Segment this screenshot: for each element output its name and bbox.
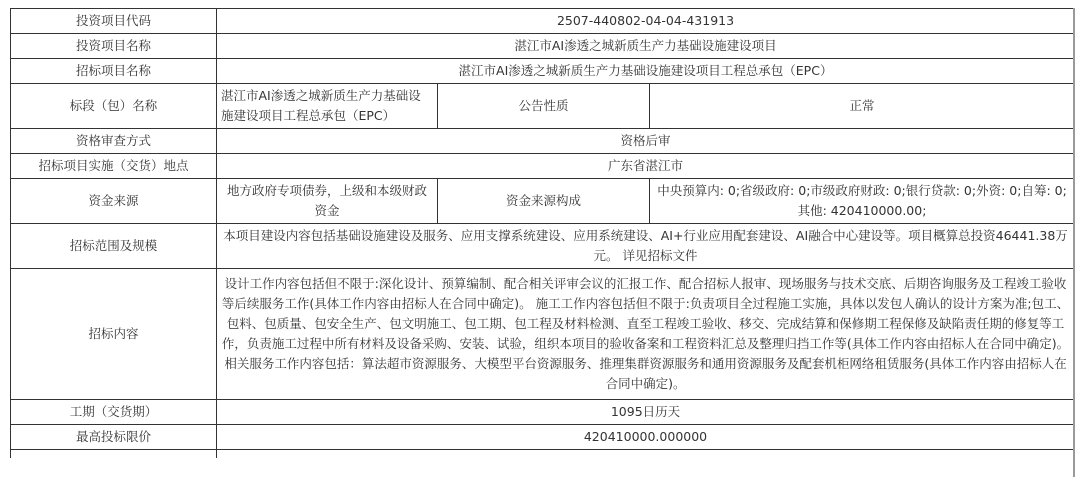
- row-cutoff: [11, 450, 1075, 458]
- label-funding-composition: 资金来源构成: [438, 179, 650, 224]
- value-qualification-review: 资格后审: [217, 129, 1075, 154]
- value-scope: 本项目建设内容包括基础设施建设及服务、应用支撑系统建设、应用系统建设、AI+行业…: [217, 224, 1075, 269]
- row-content: 招标内容 设计工作内容包括但不限于:深化设计、预算编制、配合相关评审会议的汇报工…: [11, 269, 1075, 400]
- top-margin: [0, 0, 1080, 8]
- label-max-price: 最高投标限价: [11, 425, 217, 450]
- value-location: 广东省湛江市: [217, 154, 1075, 179]
- cutoff-cell-label: [11, 450, 217, 458]
- value-funding-source: 地方政府专项债券，上级和本级财政资金: [217, 179, 438, 224]
- row-qualification-review: 资格审查方式 资格后审: [11, 129, 1075, 154]
- label-qualification-review: 资格审查方式: [11, 129, 217, 154]
- value-announcement-type: 正常: [650, 84, 1075, 129]
- tender-info-table: 投资项目代码 2507-440802-04-04-431913 投资项目名称 湛…: [10, 8, 1075, 458]
- label-tender-project-name: 招标项目名称: [11, 59, 217, 84]
- value-duration: 1095日历天: [217, 400, 1075, 425]
- label-announcement-type: 公告性质: [438, 84, 650, 129]
- row-max-price: 最高投标限价 420410000.000000: [11, 425, 1075, 450]
- row-funding-source: 资金来源 地方政府专项债券，上级和本级财政资金 资金来源构成 中央预算内: 0;…: [11, 179, 1075, 224]
- label-project-code: 投资项目代码: [11, 9, 217, 34]
- value-content: 设计工作内容包括但不限于:深化设计、预算编制、配合相关评审会议的汇报工作、配合招…: [217, 269, 1075, 400]
- label-section-name: 标段（包）名称: [11, 84, 217, 129]
- value-section-name: 湛江市AI渗透之城新质生产力基础设施建设项目工程总承包（EPC）: [217, 84, 438, 129]
- value-max-price: 420410000.000000: [217, 425, 1075, 450]
- value-tender-project-name: 湛江市AI渗透之城新质生产力基础设施建设项目工程总承包（EPC）: [217, 59, 1075, 84]
- row-project-name: 投资项目名称 湛江市AI渗透之城新质生产力基础设施建设项目: [11, 34, 1075, 59]
- value-project-name: 湛江市AI渗透之城新质生产力基础设施建设项目: [217, 34, 1075, 59]
- label-duration: 工期（交货期）: [11, 400, 217, 425]
- value-project-code: 2507-440802-04-04-431913: [217, 9, 1075, 34]
- label-content: 招标内容: [11, 269, 217, 400]
- label-funding-source: 资金来源: [11, 179, 217, 224]
- cutoff-cell-value: [217, 450, 1075, 458]
- row-scope: 招标范围及规模 本项目建设内容包括基础设施建设及服务、应用支撑系统建设、应用系统…: [11, 224, 1075, 269]
- row-duration: 工期（交货期） 1095日历天: [11, 400, 1075, 425]
- value-funding-composition: 中央预算内: 0;省级政府: 0;市级政府财政: 0;银行贷款: 0;外资: 0…: [650, 179, 1075, 224]
- row-project-code: 投资项目代码 2507-440802-04-04-431913: [11, 9, 1075, 34]
- label-scope: 招标范围及规模: [11, 224, 217, 269]
- label-project-name: 投资项目名称: [11, 34, 217, 59]
- row-section-name: 标段（包）名称 湛江市AI渗透之城新质生产力基础设施建设项目工程总承包（EPC）…: [11, 84, 1075, 129]
- row-tender-project-name: 招标项目名称 湛江市AI渗透之城新质生产力基础设施建设项目工程总承包（EPC）: [11, 59, 1075, 84]
- row-location: 招标项目实施（交货）地点 广东省湛江市: [11, 154, 1075, 179]
- right-edge-shadow: [1073, 8, 1075, 477]
- label-location: 招标项目实施（交货）地点: [11, 154, 217, 179]
